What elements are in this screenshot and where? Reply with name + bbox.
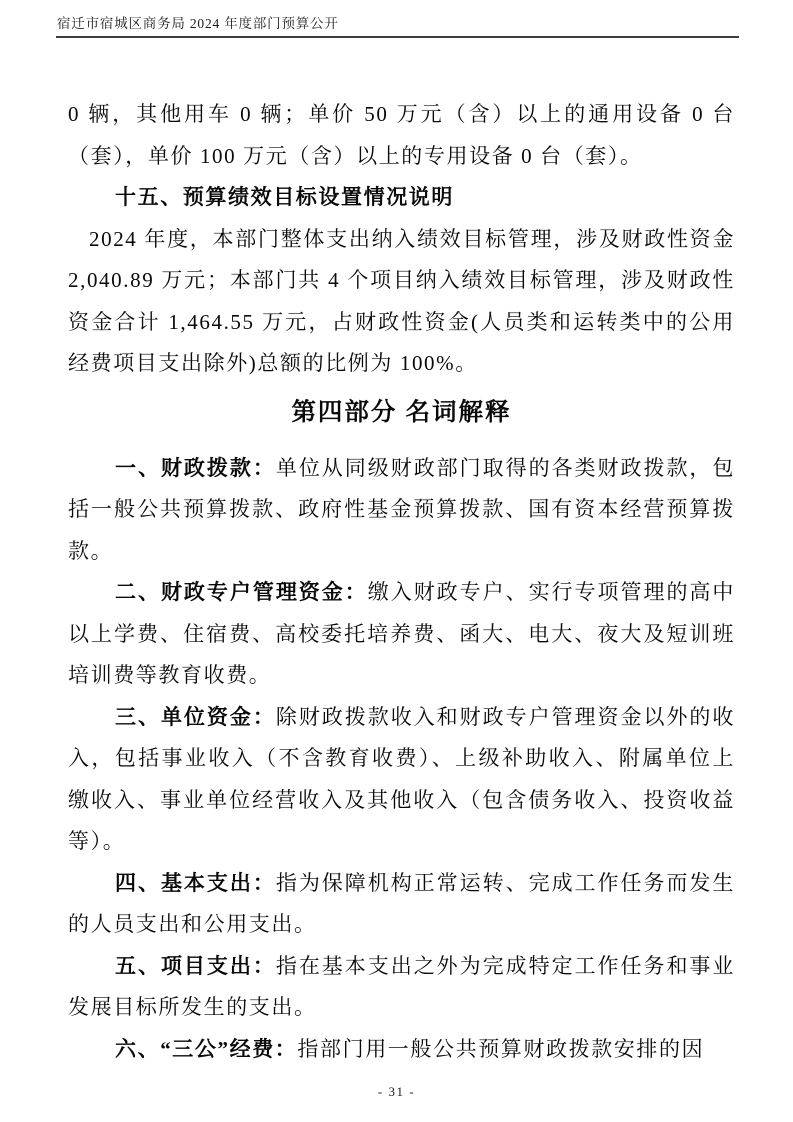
term-paragraph: 二、财政专户管理资金：缴入财政专户、实行专项管理的高中以上学费、住宿费、高校委托… — [68, 572, 735, 697]
section-15-body: 2024 年度，本部门整体支出纳入绩效目标管理，涉及财政性资金 2,040.89… — [68, 219, 735, 385]
term-label: 四、基本支出： — [115, 871, 276, 895]
part-4-heading: 第四部分 名词解释 — [68, 387, 735, 439]
term-paragraph: 三、单位资金：除财政拨款收入和财政专户管理资金以外的收入，包括事业收入（不含教育… — [68, 697, 735, 863]
term-label: 三、单位资金： — [115, 705, 276, 729]
term-paragraph: 五、项目支出：指在基本支出之外为完成特定工作任务和事业发展目标所发生的支出。 — [68, 946, 735, 1029]
term-label: 二、财政专户管理资金： — [115, 580, 368, 604]
term-paragraph: 六、“三公”经费：指部门用一般公共预算财政拨款安排的因 — [68, 1029, 735, 1071]
document-page: 宿迁市宿城区商务局 2024 年度部门预算公开 0 辆，其他用车 0 辆；单价 … — [0, 0, 793, 1122]
section-15-heading: 十五、预算绩效目标设置情况说明 — [68, 177, 735, 219]
page-number: - 31 - — [0, 1084, 793, 1100]
page-header-title: 宿迁市宿城区商务局 2024 年度部门预算公开 — [57, 12, 339, 32]
term-label: 六、“三公”经费： — [115, 1037, 297, 1061]
term-paragraph: 四、基本支出：指为保障机构正常运转、完成工作任务而发生的人员支出和公用支出。 — [68, 863, 735, 946]
header-divider — [56, 36, 739, 38]
term-definition: 指部门用一般公共预算财政拨款安排的因 — [297, 1037, 704, 1061]
document-body: 0 辆，其他用车 0 辆；单价 50 万元（含）以上的通用设备 0 台（套），单… — [68, 94, 735, 1070]
continuation-paragraph: 0 辆，其他用车 0 辆；单价 50 万元（含）以上的通用设备 0 台（套），单… — [68, 94, 735, 177]
term-paragraph: 一、财政拨款：单位从同级财政部门取得的各类财政拨款，包括一般公共预算拨款、政府性… — [68, 448, 735, 573]
term-label: 五、项目支出： — [115, 954, 276, 978]
term-label: 一、财政拨款： — [115, 456, 276, 480]
